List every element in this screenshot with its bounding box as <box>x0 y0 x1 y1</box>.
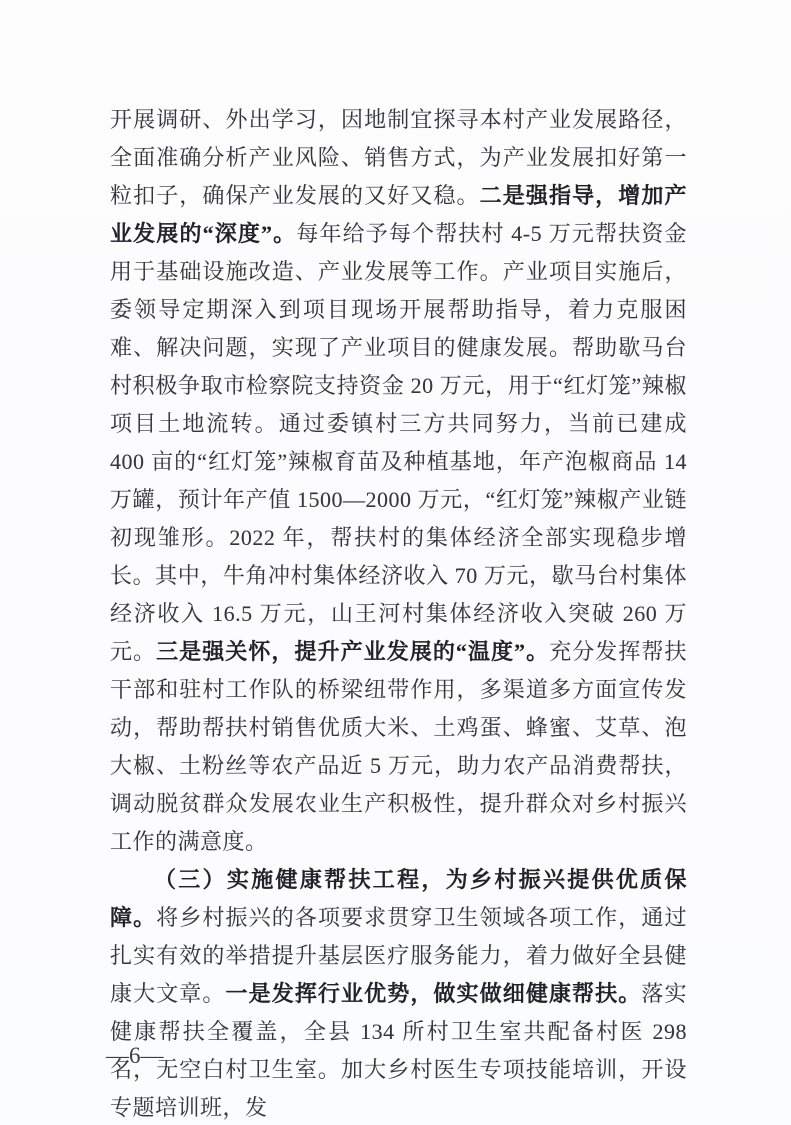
paragraph: （三）实施健康帮扶工程，为乡村振兴提供优质保障。将乡村振兴的各项要求贯穿卫生领域… <box>110 861 687 1125</box>
text-run-bold: 三是强关怀，提升产业发展的“温度”。 <box>156 639 549 664</box>
text-run-bold: 一是发挥行业优势，做实做细健康帮扶。 <box>226 981 642 1006</box>
document-page: 开展调研、外出学习，因地制宜探寻本村产业发展路径，全面准确分析产业风险、销售方式… <box>0 0 791 1125</box>
page-number: —6— <box>106 1042 164 1070</box>
text-run: 每年给予每个帮扶村 4-5 万元帮扶资金用于基础设施改造、产业发展等工作。产业项… <box>110 221 687 664</box>
paragraph: 开展调研、外出学习，因地制宜探寻本村产业发展路径，全面准确分析产业风险、销售方式… <box>110 101 687 861</box>
document-body: 开展调研、外出学习，因地制宜探寻本村产业发展路径，全面准确分析产业风险、销售方式… <box>110 101 687 1125</box>
text-run: 充分发挥帮扶干部和驻村工作队的桥梁纽带作用，多渠道多方面宣传发动，帮助帮扶村销售… <box>110 639 687 854</box>
